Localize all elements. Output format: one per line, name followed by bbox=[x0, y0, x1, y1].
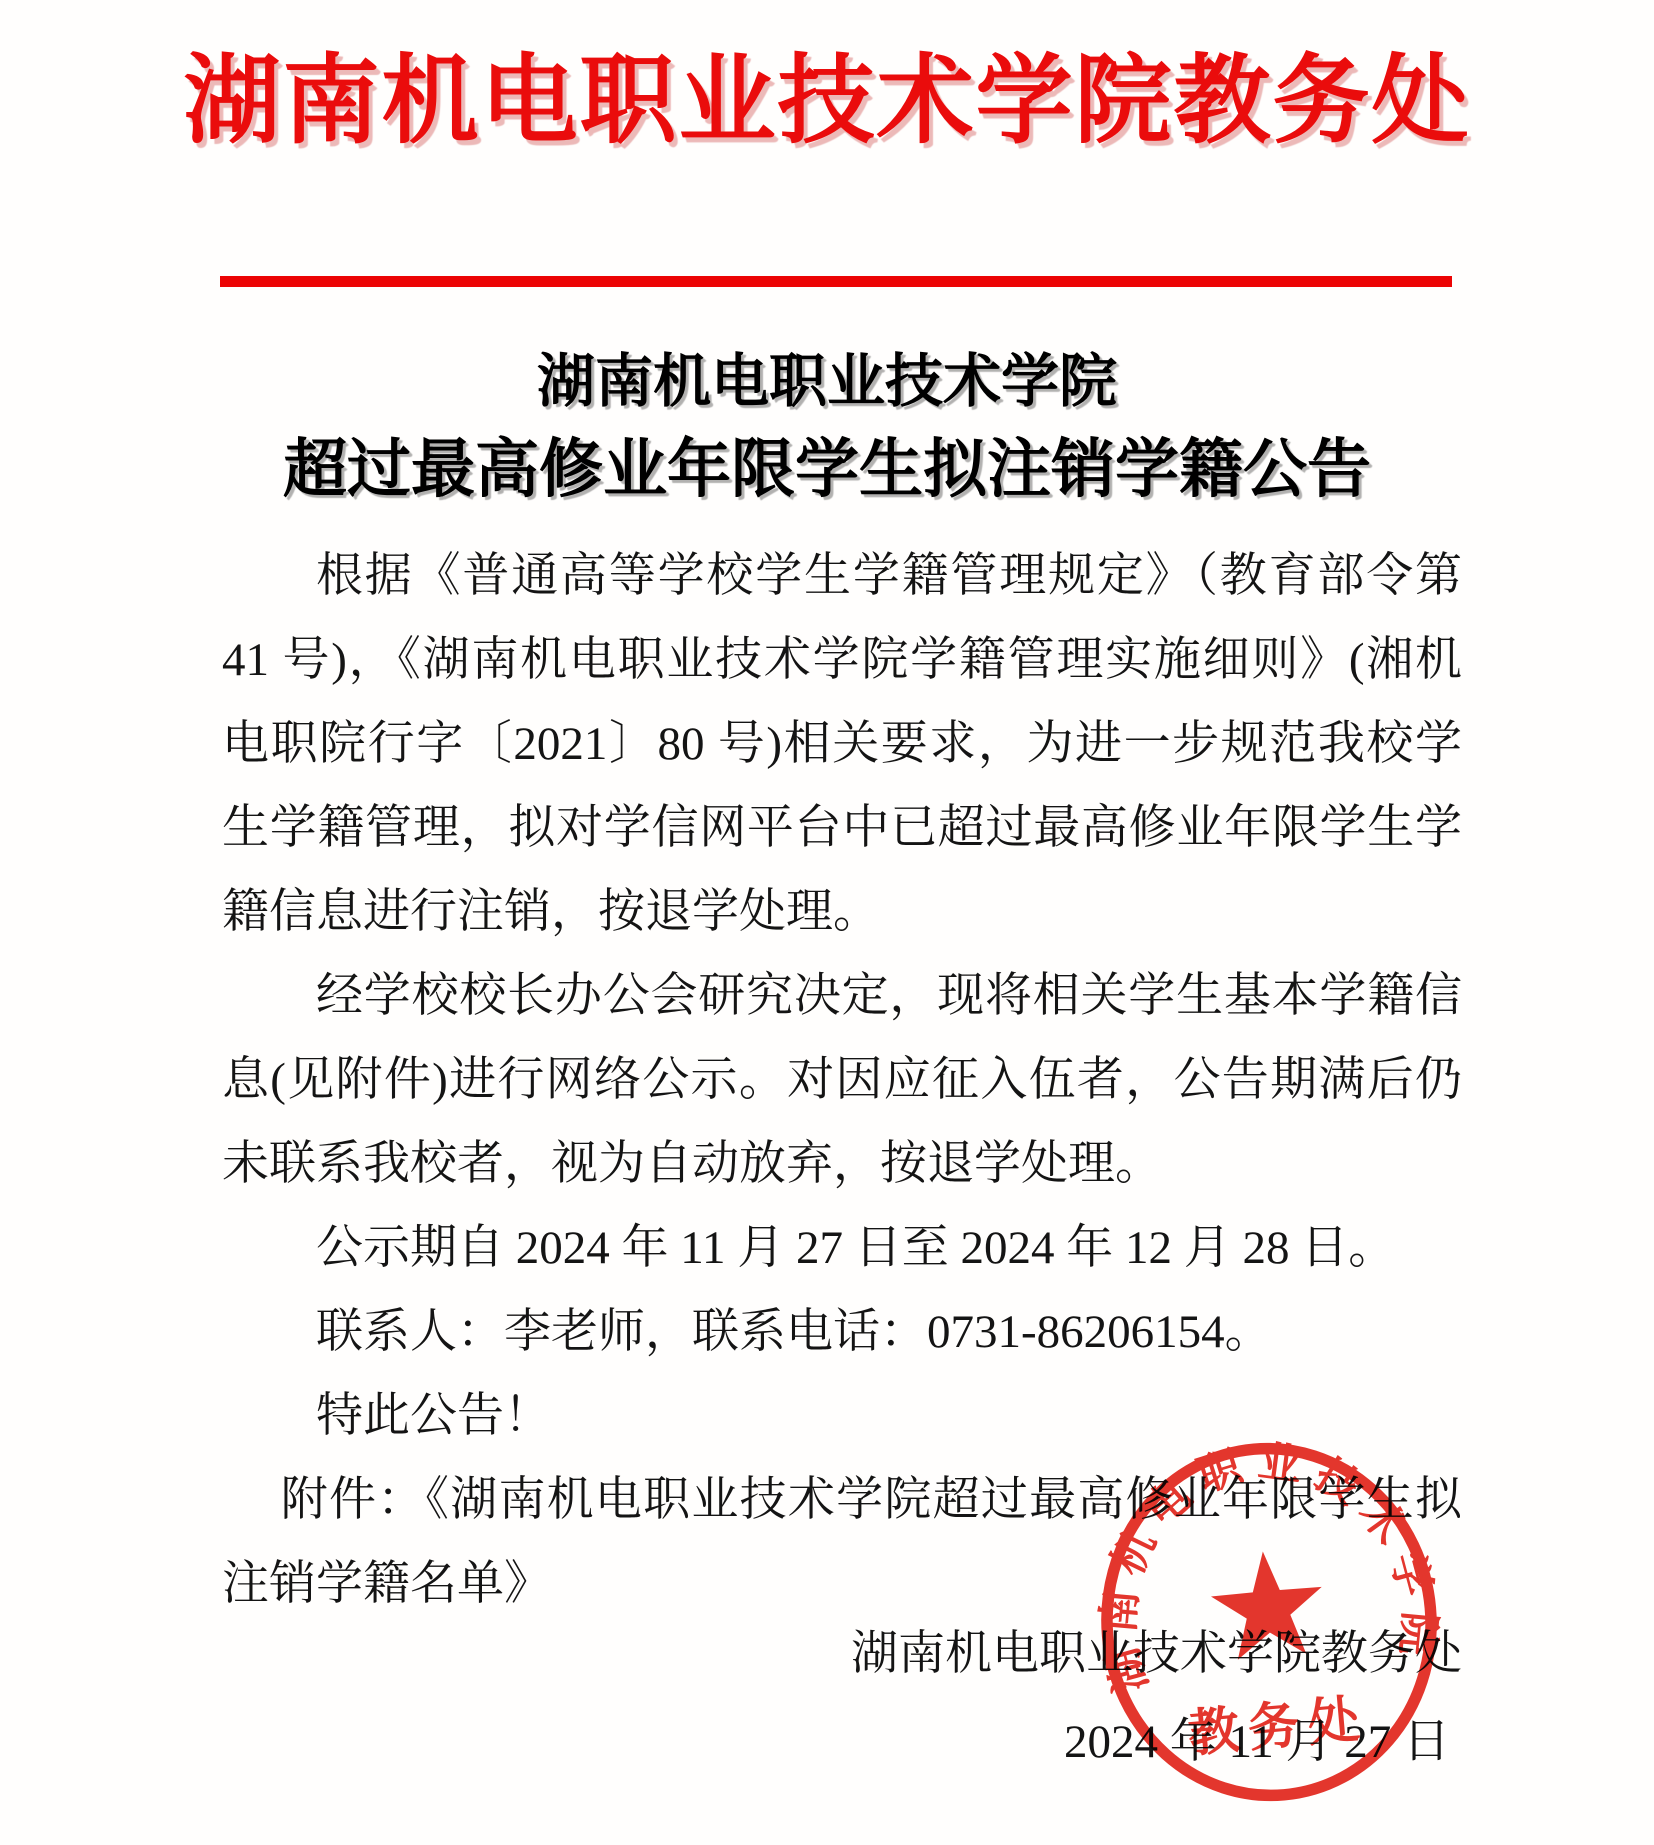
document-title-line1: 湖南机电职业技术学院 bbox=[0, 334, 1654, 418]
seal-bottom-text: 教务处 bbox=[1186, 1691, 1371, 1764]
paragraph-decision: 经学校校长办公会研究决定，现将相关学生基本学籍信息(见附件)进行网络公示。对因应… bbox=[222, 954, 1462, 1206]
paragraph-contact: 联系人：李老师，联系电话：0731-86206154。 bbox=[222, 1290, 1462, 1374]
paragraph-basis: 根据《普通高等学校学生学籍管理规定》（教育部令第 41 号)，《湖南机电职业技术… bbox=[222, 534, 1462, 954]
document-title-line2: 超过最高修业年限学生拟注销学籍公告 bbox=[0, 418, 1654, 510]
announcement-page: 湖南机电职业技术学院教务处 湖南机电职业技术学院 超过最高修业年限学生拟注销学籍… bbox=[0, 0, 1654, 1845]
letterhead-title: 湖南机电职业技术学院教务处 bbox=[0, 22, 1654, 162]
seal-star-icon bbox=[1207, 1547, 1327, 1662]
paragraph-notice-period: 公示期自 2024 年 11 月 27 日至 2024 年 12 月 28 日。 bbox=[222, 1206, 1462, 1290]
red-divider-rule bbox=[220, 276, 1452, 287]
official-seal-stamp: 湖南机电职业技术学院 教务处 bbox=[1076, 1421, 1461, 1822]
